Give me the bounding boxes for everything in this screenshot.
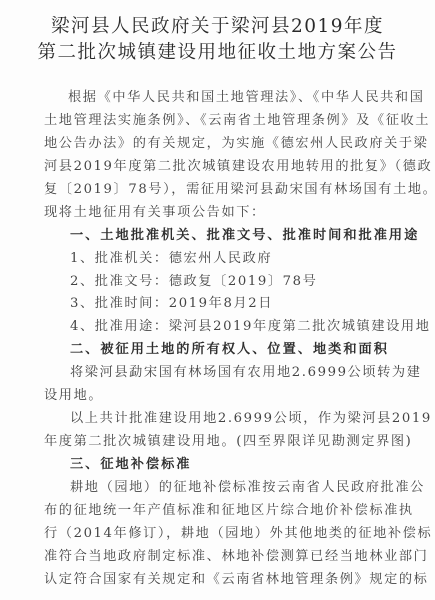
- section-heading-2: 二、被征用土地的所有权人、位置、地类和面积: [70, 340, 389, 360]
- document-title-line-1: 梁河县人民政府关于梁河县2019年度: [0, 14, 435, 40]
- list-item-approval-authority: 1、批准机关：德宏州人民政府: [70, 249, 272, 269]
- paragraph-line: 设用地。: [44, 386, 103, 406]
- paragraph-line: 耕地（园地）的征地补偿标准按云南省人民政府批准公: [70, 478, 425, 498]
- list-item-approval-purpose: 4、批准用途：梁河县2019年度第二批次城镇建设用地: [70, 317, 431, 337]
- paragraph-line: 现将土地征用有关事项公告如下：: [44, 203, 266, 223]
- paragraph-line: 根据《中华人民共和国土地管理法》、《中华人民共和国: [68, 88, 425, 108]
- paragraph-line: 河县2019年度第二批次城镇建设农用地转用的批复》（德政: [44, 157, 432, 177]
- list-item-approval-number: 2、批准文号：德政复〔2019〕78号: [70, 272, 317, 292]
- document-title-line-2: 第二批次城镇建设用地征收土地方案公告: [0, 40, 435, 66]
- section-heading-1: 一、土地批准机关、批准文号、批准时间和批准用途: [70, 226, 419, 246]
- paragraph-line: 土地管理法实施条例》、《云南省土地管理条例》及《征收土: [44, 111, 430, 131]
- paragraph-line: 年度第二批次城镇建设用地。(四至界限详见勘测定界图): [44, 432, 412, 452]
- document-page: 梁河县人民政府关于梁河县2019年度 第二批次城镇建设用地征收土地方案公告 根据…: [0, 0, 435, 600]
- section-heading-3: 三、征地补偿标准: [70, 455, 192, 475]
- paragraph-line: 复〔2019〕78号），需征用梁河县勐宋国有林场国有土地。: [44, 180, 435, 200]
- list-item-approval-date: 3、批准时间：2019年8月2日: [70, 294, 273, 314]
- paragraph-line: 地公告办法》的有关规定，为实施《德宏州人民政府关于梁: [44, 134, 428, 154]
- paragraph-line: 认定符合国家有关规定和《云南省林地管理条例》规定的标: [44, 570, 428, 590]
- paragraph-line: 准符合当地政府制定标准、林地补偿测算已经当地林业部门: [44, 547, 428, 567]
- paragraph-line: 布的征地统一年产值标准和征地区片综合地价补偿标准执: [44, 501, 414, 521]
- paragraph-line: 将梁河县勐宋国有林场国有农用地2.6999公顷转为建: [70, 363, 422, 383]
- paragraph-line: 行（2014年修订），耕地（园地）外其他地类的征地补偿标: [44, 524, 432, 544]
- paragraph-line: 以上共计批准建设用地2.6999公顷，作为梁河县2019: [70, 409, 432, 429]
